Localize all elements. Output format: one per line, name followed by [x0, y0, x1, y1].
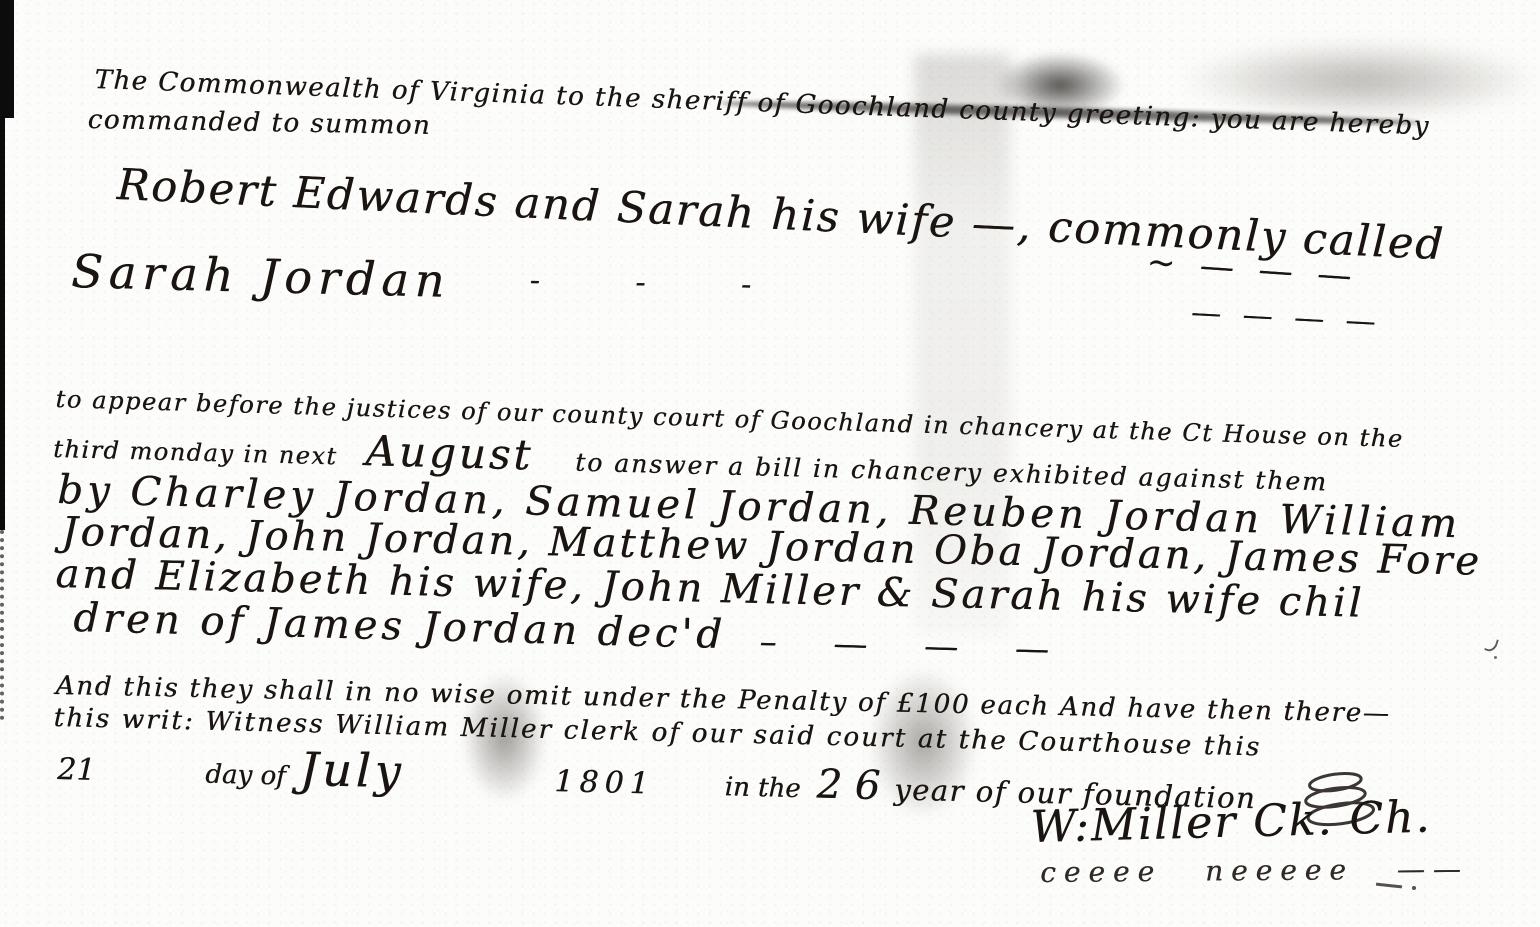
month-name-blank-filled: July — [299, 744, 405, 797]
scan-edge-artifact-dots — [0, 530, 4, 720]
scan-edge-artifact-block — [0, 0, 14, 118]
blank-filler-dashes: - - - — [529, 264, 759, 302]
regnal-year-number: 2 6 — [816, 763, 881, 809]
blank-filler-dashes: – — — — — [759, 624, 1049, 669]
stray-ink-mark — [1484, 637, 1499, 654]
preamble-line-2: commanded to summon — [88, 106, 432, 141]
body-line-2-prefix: third monday in next — [53, 436, 338, 470]
defendant-names-line-2: Sarah Jordan — [71, 246, 451, 307]
signature-flourish: ceeee neeeee —— — [1040, 854, 1469, 889]
blank-filler-dashes: — — — — — [1190, 296, 1376, 339]
stray-ink-mark — [1494, 656, 1497, 659]
stray-ink-mark — [1412, 886, 1416, 890]
year-blank-filled: 1801 — [554, 765, 655, 800]
clerk-signature: W:Miller Ck. Ch. — [1030, 794, 1432, 853]
day-number-blank-filled: 21 — [57, 753, 96, 787]
scan-edge-artifact-line — [0, 118, 5, 530]
day-of-label: day of — [205, 761, 286, 792]
in-the-label: in the — [724, 773, 801, 803]
month-blank-filled: August — [365, 428, 534, 479]
